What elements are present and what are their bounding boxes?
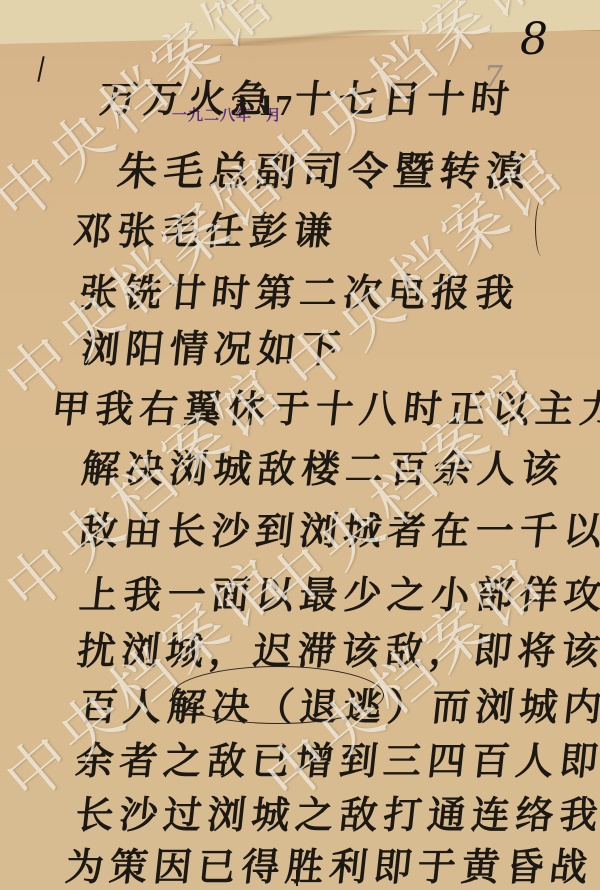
text-line-1: 万万火急 十七日十时 (97, 68, 518, 123)
page-number: 8 (520, 14, 548, 65)
text-line-2: 朱毛总副司令暨转滇 (115, 140, 535, 197)
paper-top-edge (0, 30, 600, 46)
text-line-5: 浏阳情况如下 (79, 318, 349, 373)
text-line-9: 上我一面以最少之小部佯攻 (77, 564, 600, 619)
text-line-6: 甲我右翼休于十八时正以主力 (49, 378, 600, 433)
text-line-7: 解决浏城敌楼二百余人该 (79, 438, 569, 493)
text-line-4: 张铣廿时第二次电报我 (77, 262, 523, 317)
circled-correction (172, 666, 384, 724)
margin-bracket-mark (535, 200, 548, 256)
text-line-12: 余者之敌已增到三四百人即由 (73, 730, 600, 785)
bottom-tick-mark (296, 870, 298, 886)
text-line-3: 邓张毛任彭谦 (71, 200, 341, 255)
text-line-13: 长沙过浏城之敌打通连络我 (73, 784, 600, 839)
text-line-14: 为策因已得胜利即于黄昏战 (63, 836, 597, 890)
text-line-10: 扰浏城，迟滞该敌，即将该二 (75, 620, 600, 675)
text-line-8: 敌由长沙到浏城者在一千以 (77, 500, 600, 555)
